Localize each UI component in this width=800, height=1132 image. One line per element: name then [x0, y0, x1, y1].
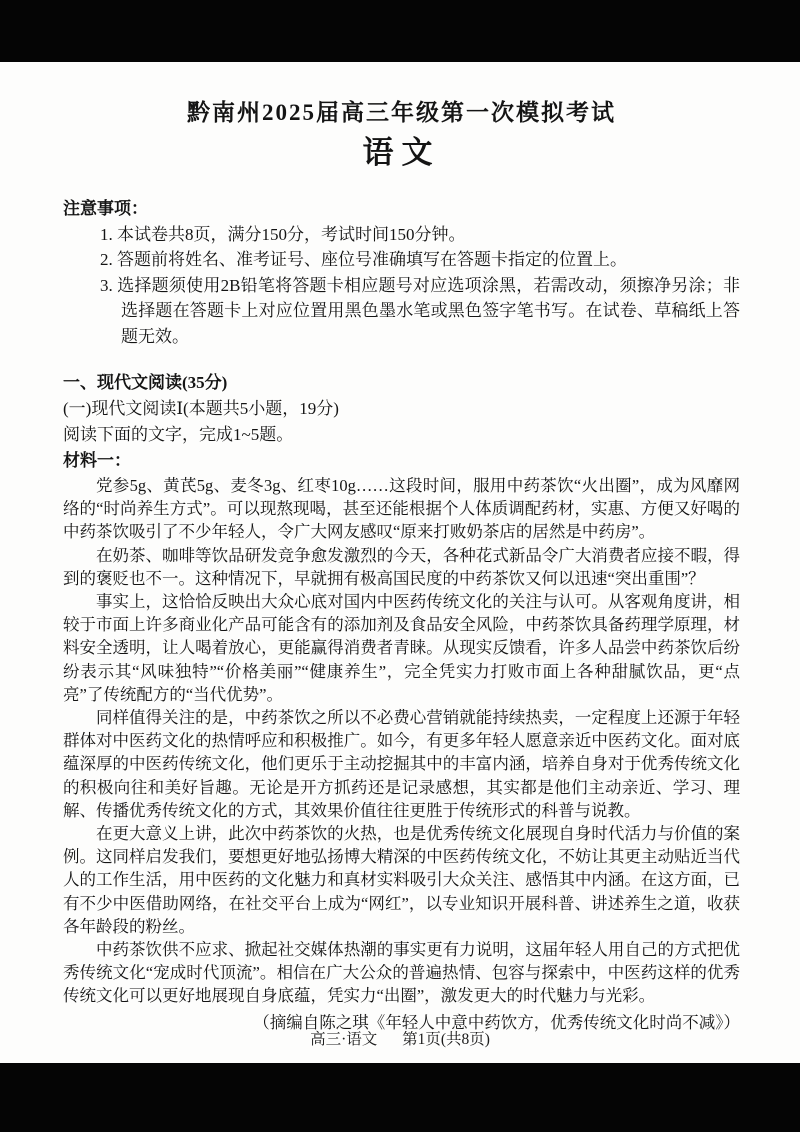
material-paragraph: 同样值得关注的是，中药茶饮之所以不必费心营销就能持续热卖，一定程度上还源于年轻群…	[63, 706, 740, 822]
notice-item: 1. 本试卷共8页，满分150分，考试时间150分钟。	[63, 222, 740, 248]
material-label: 材料一：	[63, 448, 740, 474]
material-paragraph: 中药茶饮供不应求、掀起社交媒体热潮的事实更有力说明，这届年轻人用自己的方式把优秀…	[63, 938, 740, 1008]
subject-title: 语文	[63, 134, 740, 172]
material-paragraph: 在奶茶、咖啡等饮品研发竞争愈发激烈的今天，各种花式新品令广大消费者应接不暇，得到…	[63, 544, 740, 590]
subsection-heading: (一)现代文阅读Ⅰ(本题共5小题，19分)	[63, 396, 740, 422]
material-paragraph: 党参5g、黄芪5g、麦冬3g、红枣10g……这段时间，服用中药茶饮“火出圈”，成…	[63, 474, 740, 544]
exam-title: 黔南州2025届高三年级第一次模拟考试	[63, 98, 740, 128]
footer-page-number: 第1页(共8页)	[402, 1031, 490, 1048]
scan-background: 黔南州2025届高三年级第一次模拟考试 语文 注意事项： 1. 本试卷共8页，满…	[0, 0, 800, 1132]
section-heading: 一、现代文阅读(35分)	[63, 370, 740, 396]
material-paragraph: 在更大意义上讲，此次中药茶饮的火热，也是优秀传统文化展现自身时代活力与价值的案例…	[63, 822, 740, 938]
page-content: 黔南州2025届高三年级第一次模拟考试 语文 注意事项： 1. 本试卷共8页，满…	[0, 62, 800, 1035]
material-paragraph: 事实上，这恰恰反映出大众心底对国内中医药传统文化的关注与认可。从客观角度讲，相较…	[63, 590, 740, 706]
notice-heading: 注意事项：	[63, 196, 740, 222]
notice-item: 2. 答题前将姓名、准考证号、座位号准确填写在答题卡指定的位置上。	[63, 247, 740, 273]
notice-section: 注意事项： 1. 本试卷共8页，满分150分，考试时间150分钟。 2. 答题前…	[63, 196, 740, 349]
reading-section: 一、现代文阅读(35分) (一)现代文阅读Ⅰ(本题共5小题，19分) 阅读下面的…	[63, 370, 740, 474]
material-text: 党参5g、黄芪5g、麦冬3g、红枣10g……这段时间，服用中药茶饮“火出圈”，成…	[63, 474, 740, 1035]
exam-paper-page: 黔南州2025届高三年级第一次模拟考试 语文 注意事项： 1. 本试卷共8页，满…	[0, 62, 800, 1063]
page-footer: 高三·语文第1页(共8页)	[0, 1027, 800, 1049]
footer-course-label: 高三·语文	[310, 1031, 377, 1048]
notice-item: 3. 选择题须使用2B铅笔将答题卡相应题号对应选项涂黑，若需改动，须擦净另涂；非…	[63, 273, 740, 350]
reading-instruction: 阅读下面的文字，完成1~5题。	[63, 422, 740, 448]
